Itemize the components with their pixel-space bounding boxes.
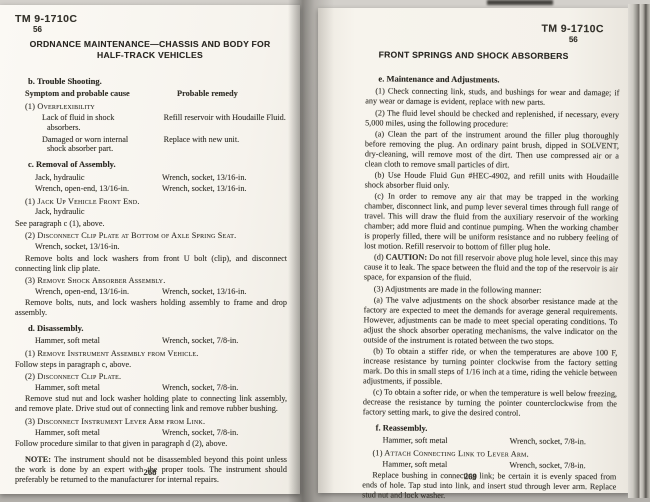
tools-block: Hammer, soft metalWrench, socket, 7/8-in…	[15, 383, 287, 393]
body-block: Remove bolts and lock washers from front…	[15, 254, 287, 274]
text-span: Wrench, socket, 7/8-in.	[509, 460, 585, 471]
body-block: See paragraph c (1), above.	[15, 219, 287, 229]
text-span: Jack, hydraulic	[35, 173, 162, 183]
text-span: Wrench, socket, 13/16-in.	[162, 184, 246, 194]
body-block: (b) Use Houde Fluid Gun #HEC-4902, and r…	[365, 171, 619, 193]
right-page: TM 9-1710C 56 FRONT SPRINGS AND SHOCK AB…	[318, 8, 630, 493]
heading-line: HALF-TRACK VEHICLES	[28, 50, 272, 61]
body-block: (c) In order to remove any air that may …	[364, 192, 618, 253]
proc-block: (3) Disconnect Instrument Lever Arm from…	[25, 417, 287, 427]
proc-block: (1) Attach Connecting Link to Lever Arm.	[372, 448, 616, 460]
text-span: Probable remedy	[177, 89, 238, 99]
section-block: f. Reassembly.	[376, 423, 617, 435]
heading-line: FRONT SPRINGS AND SHOCK ABSORBERS	[352, 49, 596, 62]
right-page-text: e. Maintenance and Adjustments.(1) Check…	[362, 68, 619, 502]
body-block: Remove bolts, nuts, and lock washers hol…	[15, 298, 287, 318]
tools-block: Wrench, socket, 13/16-in.	[15, 242, 287, 252]
body-block: (a) The valve adjustments on the shock a…	[363, 295, 617, 347]
right-page-heading: FRONT SPRINGS AND SHOCK ABSORBERS	[318, 49, 630, 62]
proc-block: (1) Remove Instrument Assembly from Vehi…	[25, 349, 287, 359]
text-span: Wrench, socket, 7/8-in.	[162, 383, 238, 393]
text-span: Wrench, socket, 13/16-in.	[162, 173, 246, 183]
text-span: Hammer, soft metal	[382, 459, 509, 470]
text-span: Symptom and probable cause	[25, 89, 177, 99]
tools-block: Hammer, soft metalWrench, socket, 7/8-in…	[363, 436, 617, 448]
text-span: Lack of fluid in shock absorbers.	[42, 113, 147, 133]
proc-block: (1) Jack Up Vehicle Front End.	[25, 197, 287, 207]
body-block: (b) To obtain a stiffer ride, or when th…	[363, 346, 617, 388]
text-span: Damaged or worn internal shock absorber …	[42, 135, 147, 155]
symptom-block: Lack of fluid in shock absorbers.Refill …	[15, 113, 287, 133]
section-block: e. Maintenance and Adjustments.	[378, 74, 619, 86]
proc-block: (2) Disconnect Clip Plate.	[25, 372, 287, 382]
text-span: Wrench, socket, 7/8-in.	[510, 437, 586, 448]
scanned-manual-spread: TM 9-1710C 56 ORDNANCE MAINTENANCE—CHASS…	[0, 0, 650, 502]
text-span: Hammer, soft metal	[35, 428, 162, 438]
right-tm-header: TM 9-1710C 56	[541, 23, 604, 44]
proc-block: (3) Remove Shock Absorber Assembly.	[25, 276, 287, 286]
tools-block: Wrench, open-end, 13/16-in.Wrench, socke…	[15, 184, 287, 194]
text-span: Wrench, socket, 7/8-in.	[162, 336, 238, 346]
left-page: TM 9-1710C 56 ORDNANCE MAINTENANCE—CHASS…	[0, 5, 300, 494]
body-block: Follow procedure similar to that given i…	[15, 439, 287, 449]
tools-block: Hammer, soft metalWrench, socket, 7/8-in…	[15, 336, 287, 346]
body-block: Remove stud nut and lock washer holding …	[15, 394, 287, 414]
text-span: Jack, hydraulic	[35, 207, 162, 217]
left-page-content: TM 9-1710C 56 ORDNANCE MAINTENANCE—CHASS…	[0, 5, 300, 494]
text-span: Hammer, soft metal	[35, 383, 162, 393]
text-span: Hammer, soft metal	[35, 336, 162, 346]
scan-artifact	[487, 0, 553, 5]
body-block: (2) The fluid level should be checked an…	[365, 108, 619, 130]
tm-number: TM 9-1710C	[541, 23, 603, 35]
colhead-block: Symptom and probable causeProbable remed…	[15, 89, 287, 99]
body-block: (a) Clean the part of the instrument aro…	[365, 129, 619, 171]
section-block: c. Removal of Assembly.	[28, 160, 287, 170]
symptom-block: Damaged or worn internal shock absorber …	[15, 135, 287, 155]
text-span: Refill reservoir with Houdaille Fluid.	[164, 113, 287, 133]
left-page-heading: ORDNANCE MAINTENANCE—CHASSIS AND BODY FO…	[0, 39, 300, 61]
body-block: (3) Adjustments are made in the followin…	[364, 284, 618, 296]
tools-block: Jack, hydraulic	[15, 207, 287, 217]
body-block: (c) To obtain a softer ride, or when the…	[363, 388, 617, 420]
tools-block: Hammer, soft metalWrench, socket, 7/8-in…	[362, 459, 616, 471]
section-block: b. Trouble Shooting.	[28, 77, 287, 87]
tools-block: Wrench, open-end, 13/16-in.Wrench, socke…	[15, 287, 287, 297]
text-span: Wrench, socket, 13/16-in.	[162, 287, 246, 297]
proc-block: (2) Disconnect Clip Plate at Bottom of A…	[25, 231, 287, 241]
heading-line: ORDNANCE MAINTENANCE—CHASSIS AND BODY FO…	[28, 39, 272, 50]
text-span: Wrench, open-end, 13/16-in.	[35, 184, 162, 194]
left-page-number: 268	[0, 467, 300, 477]
page-edge-stack	[628, 4, 650, 498]
tm-paragraph-number: 56	[541, 35, 577, 44]
text-span: Wrench, socket, 13/16-in.	[35, 242, 162, 252]
proc-block: (1) Overflexibility	[25, 102, 287, 112]
left-page-text: b. Trouble Shooting.Symptom and probable…	[15, 71, 287, 486]
tm-number: TM 9-1710C	[15, 13, 77, 25]
body-block: Follow steps in paragraph c, above.	[15, 360, 287, 370]
text-span: Hammer, soft metal	[383, 436, 510, 447]
tools-block: Jack, hydraulicWrench, socket, 13/16-in.	[15, 173, 287, 183]
tools-block: Hammer, soft metalWrench, socket, 7/8-in…	[15, 428, 287, 438]
body-block: (1) Check connecting link, studs, and bu…	[365, 87, 619, 109]
left-tm-header: TM 9-1710C 56	[15, 13, 77, 34]
tm-paragraph-number: 56	[33, 25, 77, 34]
text-span: Wrench, socket, 7/8-in.	[162, 428, 238, 438]
right-page-content: TM 9-1710C 56 FRONT SPRINGS AND SHOCK AB…	[314, 8, 630, 495]
body-block: (d) CAUTION: Do not fill reservoir above…	[364, 253, 618, 285]
right-page-number: 269	[314, 470, 626, 482]
text-span: Replace with new unit.	[164, 135, 287, 155]
section-block: d. Disassembly.	[28, 324, 287, 334]
text-span: Wrench, open-end, 13/16-in.	[35, 287, 162, 297]
